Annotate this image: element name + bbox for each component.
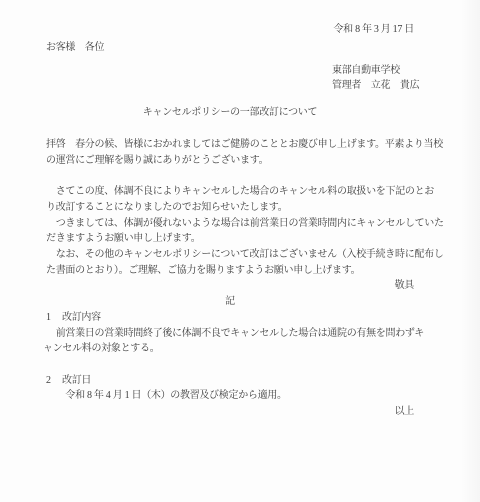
- document-date: 令和 8 年 3 月 17 日: [46, 22, 414, 38]
- paragraph-line: 拝啓 春分の候、皆様におかれましてはご健勝のこととお慶び申し上げます。平素より当…: [46, 137, 414, 153]
- paragraph-line: の運営にご理解を賜り誠にありがとうございます。: [46, 153, 414, 169]
- paragraph-line: なお、その他のキャンセルポリシーについて改訂はございません（入校手続き時に配布し: [46, 247, 414, 263]
- end-mark: 以上: [46, 404, 414, 420]
- record-item-2-line: 令和 8 年 4 月 1 日（木）の教習及び検定から適用。: [46, 388, 414, 404]
- record-item-1-heading: 1改訂内容: [46, 310, 414, 326]
- closing-keigu: 敬具: [46, 278, 414, 294]
- record-item-1-line: ャンセル料の対象とする。: [43, 341, 414, 357]
- record-item-1-number: 1: [46, 310, 62, 326]
- record-heading: 記: [46, 294, 414, 310]
- sender-block: 東部自動車学校 管理者 立花 貴広: [332, 63, 414, 93]
- sender-person: 管理者 立花 貴広: [332, 78, 414, 93]
- record-item-1-title: 改訂内容: [62, 312, 101, 323]
- paragraph-line: た書面のとおり）。ご理解、ご協力を賜りますようお願い申し上げます。: [46, 263, 414, 279]
- letter-body: 拝啓 春分の候、皆様におかれましてはご健勝のこととお慶び申し上げます。平素より当…: [46, 137, 414, 278]
- paragraph-line: だきますようお願い申し上げます。: [46, 231, 414, 247]
- paragraph-line: つきましては、体調が優れないような場合は前営業日の営業時間内にキャンセルしていた: [46, 216, 414, 232]
- document-title: キャンセルポリシーの一部改訂について: [46, 105, 414, 121]
- paragraph-request: つきましては、体調が優れないような場合は前営業日の営業時間内にキャンセルしていた…: [46, 216, 414, 247]
- letter-document: 令和 8 年 3 月 17 日 お客様 各位 東部自動車学校 管理者 立花 貴広…: [0, 0, 480, 502]
- sender-organization: 東部自動車学校: [332, 63, 414, 78]
- paragraph-announcement: さてこの度、体調不良によりキャンセルした場合のキャンセル料の取扱いを下記のとお …: [46, 184, 414, 215]
- paragraph-line: り改訂することになりましたのでお知らせいたします。: [46, 200, 414, 216]
- record-item-2-number: 2: [46, 373, 62, 389]
- record-item-1-line: 前営業日の営業時間終了後に体調不良でキャンセルした場合は通院の有無を問わずキ: [46, 326, 414, 342]
- paragraph-line: さてこの度、体調不良によりキャンセルした場合のキャンセル料の取扱いを下記のとお: [46, 184, 414, 200]
- paragraph-note: なお、その他のキャンセルポリシーについて改訂はございません（入校手続き時に配布し…: [46, 247, 414, 278]
- record-item-1: 1改訂内容 前営業日の営業時間終了後に体調不良でキャンセルした場合は通院の有無を…: [46, 310, 414, 357]
- addressee: お客様 各位: [46, 40, 414, 56]
- record-item-2-heading: 2改訂日: [46, 373, 414, 389]
- letter-content: 令和 8 年 3 月 17 日 お客様 各位 東部自動車学校 管理者 立花 貴広…: [0, 0, 480, 420]
- record-item-2-title: 改訂日: [62, 375, 91, 386]
- paragraph-greeting: 拝啓 春分の候、皆様におかれましてはご健勝のこととお慶び申し上げます。平素より当…: [46, 137, 414, 168]
- record-item-2: 2改訂日 令和 8 年 4 月 1 日（木）の教習及び検定から適用。: [46, 373, 414, 404]
